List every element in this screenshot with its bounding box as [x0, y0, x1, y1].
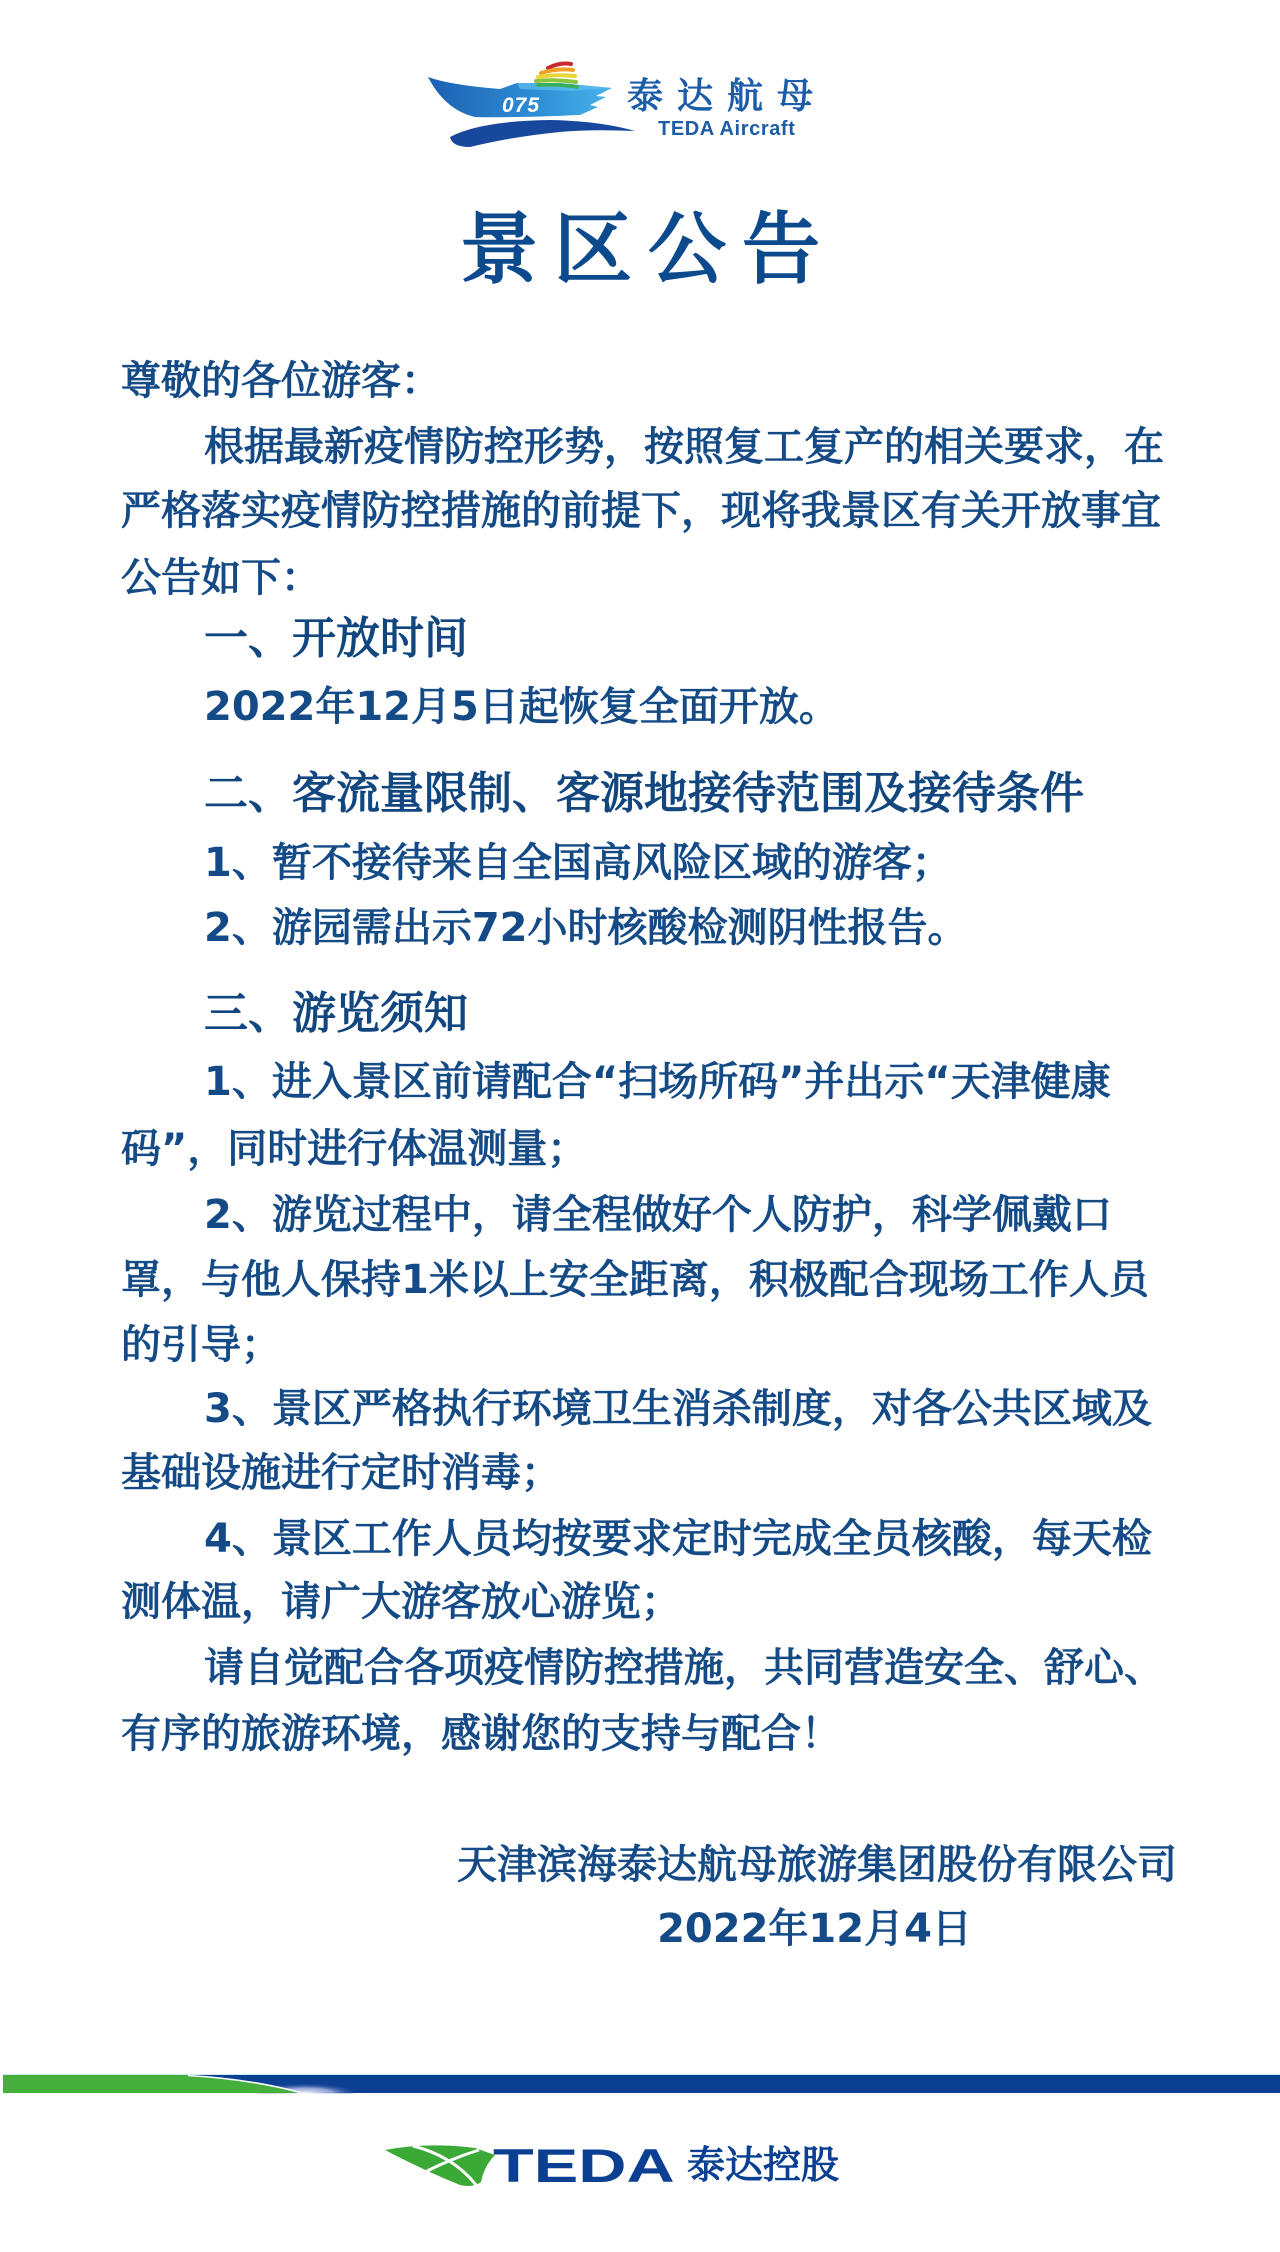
teda-leaf-logo-icon: [383, 2140, 498, 2190]
section-item-line: 3、景区严格执行环境卫生消杀制度，对各公共区域及: [204, 1376, 1152, 1442]
section-heading-visitor-notice: 三、游览须知: [204, 981, 468, 1047]
section-item-line: 2、游览过程中，请全程做好个人防护，科学佩戴口: [204, 1182, 1112, 1248]
footer-logo-cn: 泰达控股: [687, 2146, 839, 2184]
closing-line: 请自觉配合各项疫情防控措施，共同营造安全、舒心、: [204, 1635, 1164, 1701]
section-item-line: 2、游园需出示72小时核酸检测阴性报告。: [204, 895, 968, 961]
section-item-line: 2022年12月5日起恢复全面开放。: [204, 674, 839, 740]
signature-date: 2022年12月4日: [457, 1896, 1172, 1962]
section-item-line: 的引导；: [121, 1312, 281, 1378]
section-item-line: 码”，同时进行体温测量；: [121, 1116, 587, 1182]
logo-name-cn: 泰达航母: [627, 78, 827, 116]
section-heading-opening-time: 一、开放时间: [204, 606, 468, 672]
closing-line: 有序的旅游环境，感谢您的支持与配合！: [121, 1701, 841, 1767]
page-title: 景区公告: [0, 208, 1280, 292]
section-item-line: 基础设施进行定时消毒；: [121, 1440, 561, 1506]
intro-line: 公告如下：: [121, 545, 321, 611]
section-item-line: 罩，与他人保持1米以上安全距离，积极配合现场工作人员: [121, 1247, 1149, 1313]
section-item-line: 4、景区工作人员均按要求定时完成全员核酸，每天检: [204, 1506, 1152, 1572]
section-item-line: 1、进入景区前请配合“扫场所码”并出示“天津健康: [204, 1049, 1111, 1115]
section-heading-visitor-limits: 二、客流量限制、客源地接待范围及接待条件: [204, 761, 1084, 827]
section-item-line: 1、暂不接待来自全国高风险区域的游客；: [204, 830, 952, 896]
intro-line: 根据最新疫情防控形势，按照复工复产的相关要求，在: [204, 414, 1164, 480]
intro-line: 严格落实疫情防控措施的前提下，现将我景区有关开放事宜: [121, 478, 1161, 544]
ship-number: 075: [502, 95, 540, 117]
footer-divider: [0, 2074, 1280, 2094]
footer-logo-teda: TEDA: [493, 2142, 675, 2189]
section-item-line: 测体温，请广大游客放心游览；: [121, 1569, 681, 1635]
greeting: 尊敬的各位游客：: [121, 348, 441, 414]
signature-company: 天津滨海泰达航母旅游集团股份有限公司: [457, 1832, 1172, 1898]
logo-name-en: TEDA Aircraft: [658, 119, 795, 139]
